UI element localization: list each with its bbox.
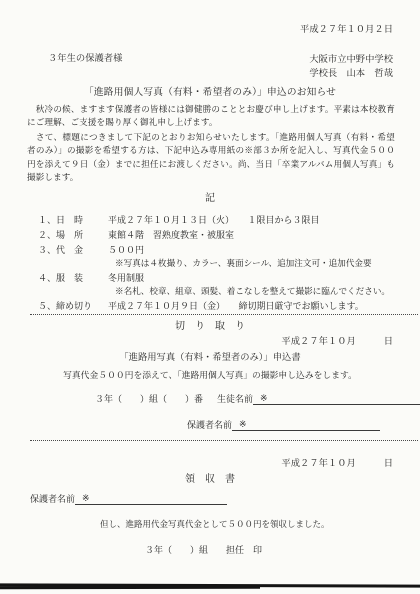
principal-name: 学校長 山本 哲哉 [309,65,393,79]
student-name-label: 生徒名前 [217,394,253,404]
receipt-class-teacher-line: ３年（ ）組 担任 印 [145,543,262,556]
guardian-name-field: ※ [232,419,380,431]
detail-label: １、日 時 [38,213,108,226]
class-number-blanks: ３年（ ）組（ ）番 [95,394,203,404]
receipt-guardian-line: 保護者名前※ [30,492,227,505]
application-guardian-line: 保護者名前※ [187,418,380,431]
receipt-title: 領 収 書 [0,470,420,485]
application-date: 平成２７年１０月 日 [281,333,393,347]
school-name: 大阪市立中野中学校 [309,51,393,65]
application-subtitle: 写真代金５００円を添えて、「進路用個人写真」の撮影申し込みをします。 [0,368,420,381]
addressee: ３年生の保護者様 [48,50,122,64]
cut-dashed-line [30,440,418,441]
detail-label: ４、服 装 [38,271,108,284]
document-title: 「進路用個人写真（有料・希望者のみ）」申込のお知らせ [0,84,420,98]
dress-note: ※名札、校章、組章、頭髪、着こなしを整えて撮影に臨んでください。 [115,285,390,297]
student-name-field: ※ [253,393,420,405]
guardian-name-label: 保護者名前 [30,494,75,504]
cut-line-label: 切 り 取 り [0,317,420,332]
application-title: 「進路用写真（有料・希望者のみ）」申込書 [0,349,420,363]
fee-note: ※写真は４枚撮り、カラー、裏面シール、追加注文可・追加代金要 [115,257,372,269]
greeting-paragraph: 秋冷の候、ますます保護者の皆様には御健勝のこととお慶び申し上げます。平素は本校教… [27,103,395,130]
scanned-document-page: 平成２７年１０月２日 ３年生の保護者様 大阪市立中野中学校 学校長 山本 哲哉 … [0,0,420,594]
record-marker: 記 [0,189,420,204]
detail-label: ３、代 金 [38,243,108,256]
detail-row-fee: ３、代 金５００円 [38,243,144,256]
scan-artifact-bar [0,586,260,589]
receipt-statement: 但し、進路用代金写真代金として５００円を領収しました。 [100,518,330,530]
detail-value: ５００円 [108,245,144,255]
detail-row-place: ２、場 所東館４階 習熟度教室・被服室 [38,228,234,241]
detail-value: 東館４階 習熟度教室・被服室 [108,230,234,240]
guardian-name-label: 保護者名前 [187,420,232,430]
detail-row-datetime: １、日 時平成２７年１０月１３日（火） １限目から３限目 [38,213,320,226]
cut-dashed-line [30,314,418,315]
required-mark: ※ [232,419,247,429]
issue-date: 平成２７年１０月２日 [300,21,393,35]
detail-row-deadline: ５、締め切り平成２７年１０月９日（金） 締切期日厳守でお願いします。 [38,299,364,312]
detail-value: 冬用制服 [108,273,144,283]
guardian-name-field: ※ [75,493,227,505]
detail-row-dress: ４、服 装冬用制服 [38,271,144,284]
application-student-line: ３年（ ）組（ ）番生徒名前※ [95,392,420,405]
detail-value: 平成２７年１０月１３日（火） １限目から３限目 [108,215,320,225]
required-mark: ※ [75,493,90,503]
detail-label: ５、締め切り [38,299,108,312]
main-paragraph: さて、標題につきまして下記のとおりお知らせいたします。「進路用個人写真（有料・希… [27,131,395,185]
detail-label: ２、場 所 [38,228,108,241]
receipt-date: 平成２７年１０月 日 [281,455,393,469]
required-mark: ※ [253,393,268,403]
detail-value: 平成２７年１０月９日（金） 締切期日厳守でお願いします。 [108,301,364,311]
